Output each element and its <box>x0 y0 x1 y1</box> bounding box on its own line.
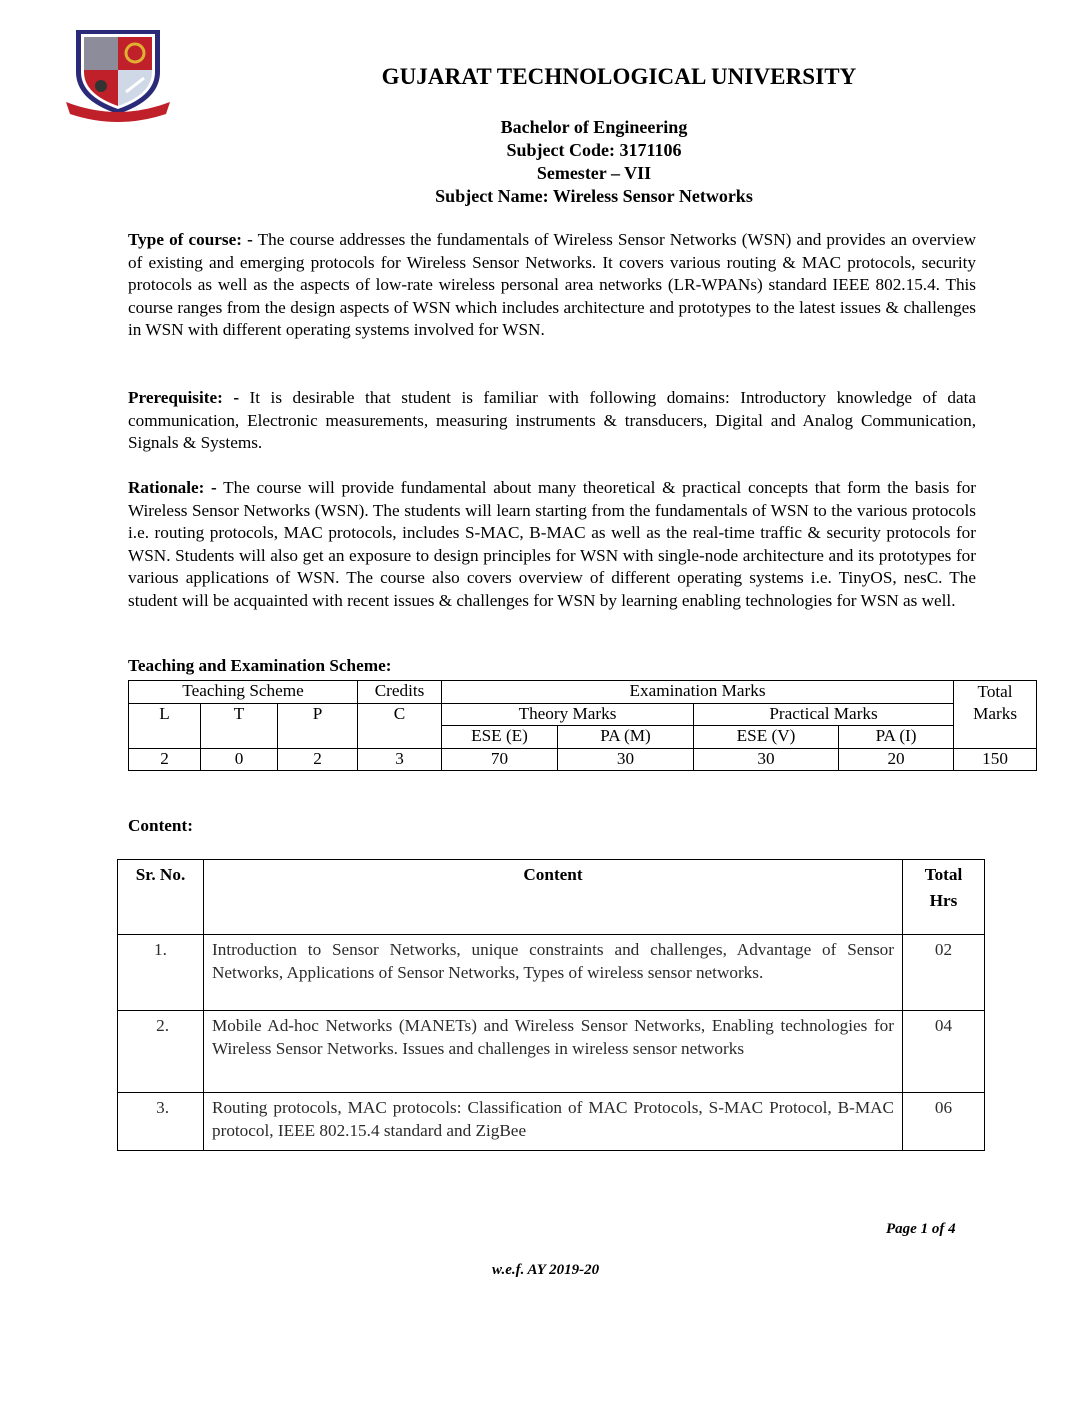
value-pa-i: 20 <box>839 748 954 771</box>
value-total: 150 <box>954 748 1037 771</box>
header-hrs: Hrs <box>930 891 958 910</box>
row-sr: 3. <box>118 1093 204 1151</box>
table-row: 1. Introduction to Sensor Networks, uniq… <box>118 935 985 1011</box>
header-L: L <box>129 703 201 748</box>
header-ese-e: ESE (E) <box>442 726 558 749</box>
value-T: 0 <box>201 748 278 771</box>
rationale-text: The course will provide fundamental abou… <box>128 478 976 610</box>
header-T: T <box>201 703 278 748</box>
header-P: P <box>278 703 358 748</box>
header-credits: Credits <box>358 681 442 704</box>
page-number: Page 1 of 4 <box>886 1221 956 1238</box>
table-row: 2. Mobile Ad-hoc Networks (MANETs) and W… <box>118 1011 985 1093</box>
scheme-title: Teaching and Examination Scheme: <box>128 656 391 676</box>
prerequisite-label: Prerequisite: - <box>128 388 239 407</box>
header-total: Total <box>925 865 963 884</box>
header-sr-no: Sr. No. <box>118 860 204 935</box>
header-pa-m: PA (M) <box>558 726 694 749</box>
type-of-course-text: The course addresses the fundamentals of… <box>128 230 976 339</box>
program-title: Bachelor of Engineering <box>0 116 1088 139</box>
header-theory-marks: Theory Marks <box>442 703 694 726</box>
type-of-course-label: Type of course: - <box>128 230 253 249</box>
row-hrs: 04 <box>903 1011 985 1093</box>
value-P: 2 <box>278 748 358 771</box>
rationale-paragraph: Rationale: - The course will provide fun… <box>128 477 976 613</box>
row-content: Mobile Ad-hoc Networks (MANETs) and Wire… <box>204 1011 903 1093</box>
header-marks: Marks <box>973 704 1017 723</box>
type-of-course-paragraph: Type of course: - The course addresses t… <box>128 229 976 342</box>
row-sr: 1. <box>118 935 204 1011</box>
row-sr: 2. <box>118 1011 204 1093</box>
scheme-values-row: 2 0 2 3 70 30 30 20 150 <box>129 748 1037 771</box>
university-title: GUJARAT TECHNOLOGICAL UNIVERSITY <box>0 64 1088 90</box>
row-content: Introduction to Sensor Networks, unique … <box>204 935 903 1011</box>
header-examination-marks: Examination Marks <box>442 681 954 704</box>
header-content: Content <box>204 860 903 935</box>
header-pa-i: PA (I) <box>839 726 954 749</box>
header-practical-marks: Practical Marks <box>694 703 954 726</box>
value-C: 3 <box>358 748 442 771</box>
header-teaching-scheme: Teaching Scheme <box>129 681 358 704</box>
header-ese-v: ESE (V) <box>694 726 839 749</box>
content-title: Content: <box>128 816 193 836</box>
rationale-label: Rationale: - <box>128 478 217 497</box>
value-L: 2 <box>129 748 201 771</box>
effective-from: w.e.f. AY 2019-20 <box>492 1262 599 1279</box>
teaching-examination-scheme-table: Teaching Scheme Credits Examination Mark… <box>128 680 1037 771</box>
value-pa-m: 30 <box>558 748 694 771</box>
semester: Semester – VII <box>0 162 1088 185</box>
content-table: Sr. No. Content TotalHrs 1. Introduction… <box>117 859 985 1151</box>
header-total-marks: TotalMarks <box>954 681 1037 749</box>
header-C: C <box>358 703 442 748</box>
subject-code: Subject Code: 3171106 <box>0 139 1088 162</box>
subject-name: Subject Name: Wireless Sensor Networks <box>0 185 1088 208</box>
row-content: Routing protocols, MAC protocols: Classi… <box>204 1093 903 1151</box>
header-total: Total <box>978 682 1013 701</box>
value-ese-v: 30 <box>694 748 839 771</box>
table-row: 3. Routing protocols, MAC protocols: Cla… <box>118 1093 985 1151</box>
header-total-hrs: TotalHrs <box>903 860 985 935</box>
prerequisite-paragraph: Prerequisite: - It is desirable that stu… <box>128 387 976 455</box>
row-hrs: 06 <box>903 1093 985 1151</box>
row-hrs: 02 <box>903 935 985 1011</box>
prerequisite-text: It is desirable that student is familiar… <box>128 388 976 452</box>
value-ese-e: 70 <box>442 748 558 771</box>
